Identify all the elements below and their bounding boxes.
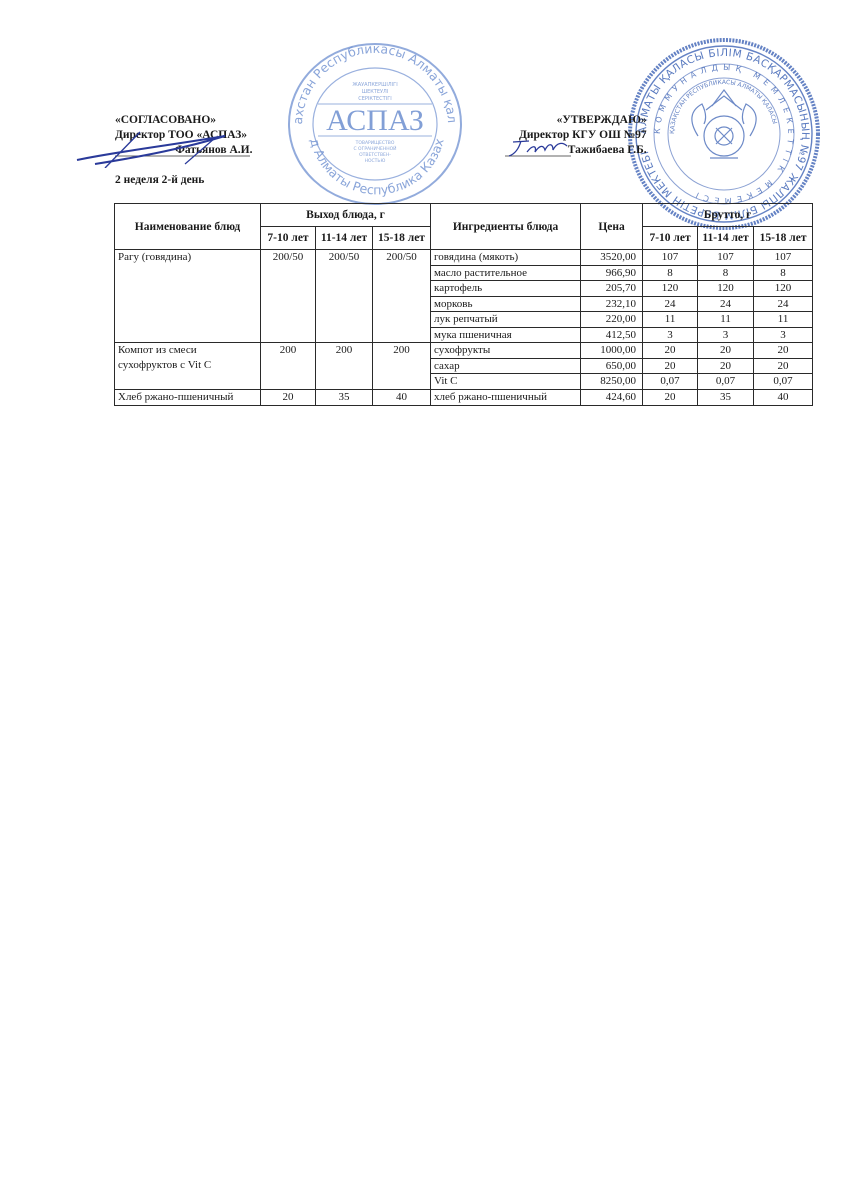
ingredient-price-cell: 424,60: [581, 389, 643, 405]
brutto-11-14-cell: 20: [698, 358, 754, 374]
right-approval-title: «УТВЕРЖДАЮ»: [519, 113, 647, 128]
brutto-15-18-cell: 24: [754, 296, 813, 312]
left-approval-signatory: Фатьянов А.И.: [115, 143, 252, 158]
brutto-11-14-cell: 20: [698, 343, 754, 359]
right-approval-name: Тажибаева Г.Б.: [568, 144, 647, 156]
header-yield-7-10: 7-10 лет: [261, 227, 316, 250]
yield-15-18-cell: 40: [373, 389, 431, 405]
ingredient-name-cell: говядина (мякоть): [431, 250, 581, 266]
brutto-11-14-cell: 107: [698, 250, 754, 266]
dish-name-cell: Рагу (говядина): [115, 250, 261, 343]
dish-name-cell: Компот из смеси сухофруктов с Vit C: [115, 343, 261, 390]
header-yield-11-14: 11-14 лет: [316, 227, 373, 250]
brutto-11-14-cell: 24: [698, 296, 754, 312]
brutto-7-10-cell: 120: [643, 281, 698, 297]
yield-11-14-cell: 200/50: [316, 250, 373, 343]
header-brutto-11-14: 11-14 лет: [698, 227, 754, 250]
svg-text:СЕРІКТЕСТІГІ: СЕРІКТЕСТІГІ: [358, 96, 391, 102]
svg-text:НОСТЬЮ: НОСТЬЮ: [365, 158, 386, 164]
ingredient-name-cell: сахар: [431, 358, 581, 374]
ingredient-price-cell: 966,90: [581, 265, 643, 281]
right-approval-signatory: Тажибаева Г.Б.: [519, 143, 647, 158]
ingredient-price-cell: 1000,00: [581, 343, 643, 359]
header-yield-15-18: 15-18 лет: [373, 227, 431, 250]
yield-15-18-cell: 200: [373, 343, 431, 390]
svg-text:ТОВАРИЩЕСТВО: ТОВАРИЩЕСТВО: [355, 140, 395, 146]
aspaz-company-stamp: Казахстан Республикасы Алматы қаласы гор…: [280, 38, 470, 208]
dish-name-cell: Хлеб ржано-пшеничный: [115, 389, 261, 405]
header-price: Цена: [581, 204, 643, 250]
menu-table-body: Рагу (говядина)200/50200/50200/50говядин…: [115, 250, 813, 406]
brutto-7-10-cell: 107: [643, 250, 698, 266]
brutto-15-18-cell: 0,07: [754, 374, 813, 390]
header-brutto-7-10: 7-10 лет: [643, 227, 698, 250]
ingredient-price-cell: 412,50: [581, 327, 643, 343]
brutto-11-14-cell: 35: [698, 389, 754, 405]
brutto-15-18-cell: 20: [754, 358, 813, 374]
left-approval-title: «СОГЛАСОВАНО»: [115, 113, 252, 128]
brutto-7-10-cell: 11: [643, 312, 698, 328]
ingredient-name-cell: Vit C: [431, 374, 581, 390]
brutto-15-18-cell: 20: [754, 343, 813, 359]
brutto-7-10-cell: 20: [643, 343, 698, 359]
brutto-7-10-cell: 3: [643, 327, 698, 343]
yield-15-18-cell: 200/50: [373, 250, 431, 343]
brutto-7-10-cell: 8: [643, 265, 698, 281]
yield-7-10-cell: 20: [261, 389, 316, 405]
ingredient-name-cell: лук репчатый: [431, 312, 581, 328]
yield-11-14-cell: 35: [316, 389, 373, 405]
brutto-15-18-cell: 120: [754, 281, 813, 297]
brutto-15-18-cell: 40: [754, 389, 813, 405]
yield-11-14-cell: 200: [316, 343, 373, 390]
menu-table: Наименование блюд Выход блюда, г Ингреди…: [114, 203, 813, 406]
ingredient-name-cell: сухофрукты: [431, 343, 581, 359]
ingredient-price-cell: 3520,00: [581, 250, 643, 266]
ingredient-price-cell: 650,00: [581, 358, 643, 374]
brutto-11-14-cell: 11: [698, 312, 754, 328]
menu-day-label: 2 неделя 2-й день: [115, 174, 204, 186]
left-approval-block: «СОГЛАСОВАНО» Директор ТОО «АСПАЗ» Фатья…: [115, 113, 252, 158]
svg-text:АЛМАТЫ ҚАЛАСЫ БІЛІМ БАСҚАРМАСЫ: АЛМАТЫ ҚАЛАСЫ БІЛІМ БАСҚАРМАСЫНЫҢ №97 ЖА…: [637, 47, 811, 221]
svg-text:С ОГРАНИЧЕННОЙ: С ОГРАНИЧЕННОЙ: [353, 145, 396, 152]
brutto-7-10-cell: 0,07: [643, 374, 698, 390]
table-row: Хлеб ржано-пшеничный203540хлеб ржано-пше…: [115, 389, 813, 405]
ingredient-name-cell: мука пшеничная: [431, 327, 581, 343]
svg-text:ШЕКТЕУЛІ: ШЕКТЕУЛІ: [362, 89, 389, 95]
header-brutto-group: Брутто, г: [643, 204, 813, 227]
brutto-15-18-cell: 107: [754, 250, 813, 266]
svg-text:ЖАУАПКЕРШІЛІГІ: ЖАУАПКЕРШІЛІГІ: [352, 82, 397, 88]
brutto-15-18-cell: 3: [754, 327, 813, 343]
yield-7-10-cell: 200/50: [261, 250, 316, 343]
svg-text:ОТВЕТСТВЕН-: ОТВЕТСТВЕН-: [359, 152, 391, 158]
ingredient-name-cell: хлеб ржано-пшеничный: [431, 389, 581, 405]
ingredient-name-cell: морковь: [431, 296, 581, 312]
yield-7-10-cell: 200: [261, 343, 316, 390]
ingredient-name-cell: картофель: [431, 281, 581, 297]
svg-text:АСПАЗ: АСПАЗ: [326, 104, 424, 137]
left-approval-position: Директор ТОО «АСПАЗ»: [115, 128, 252, 143]
ingredient-price-cell: 220,00: [581, 312, 643, 328]
table-row: Рагу (говядина)200/50200/50200/50говядин…: [115, 250, 813, 266]
header-dish-name: Наименование блюд: [115, 204, 261, 250]
ingredient-price-cell: 8250,00: [581, 374, 643, 390]
brutto-7-10-cell: 20: [643, 358, 698, 374]
brutto-7-10-cell: 20: [643, 389, 698, 405]
svg-text:КОММУНАЛДЫҚ МЕМЛЕКЕТТІК МЕКЕМЕ: КОММУНАЛДЫҚ МЕМЛЕКЕТТІК МЕКЕМЕСІ: [653, 63, 795, 205]
table-row: Компот из смеси сухофруктов с Vit C20020…: [115, 343, 813, 359]
brutto-7-10-cell: 24: [643, 296, 698, 312]
header-ingredients: Ингредиенты блюда: [431, 204, 581, 250]
ingredient-name-cell: масло растительное: [431, 265, 581, 281]
right-approval-position: Директор КГУ ОШ №97: [519, 128, 647, 143]
brutto-11-14-cell: 8: [698, 265, 754, 281]
brutto-15-18-cell: 11: [754, 312, 813, 328]
ingredient-price-cell: 232,10: [581, 296, 643, 312]
left-approval-name: Фатьянов А.И.: [175, 144, 252, 156]
svg-text:город Алматы Республика Казахс: город Алматы Республика Казахстан: [280, 38, 447, 197]
svg-text:Казахстан Республикасы Алматы: Казахстан Республикасы Алматы қаласы: [280, 38, 460, 125]
svg-text:ҚАЗАҚСТАН РЕСПУБЛИКАСЫ АЛМАТЫ: ҚАЗАҚСТАН РЕСПУБЛИКАСЫ АЛМАТЫ ҚАЛАСЫ: [669, 79, 778, 134]
ingredient-price-cell: 205,70: [581, 281, 643, 297]
header-brutto-15-18: 15-18 лет: [754, 227, 813, 250]
header-yield-group: Выход блюда, г: [261, 204, 431, 227]
brutto-11-14-cell: 120: [698, 281, 754, 297]
brutto-11-14-cell: 3: [698, 327, 754, 343]
right-approval-block: «УТВЕРЖДАЮ» Директор КГУ ОШ №97 Тажибаев…: [519, 113, 647, 158]
brutto-15-18-cell: 8: [754, 265, 813, 281]
brutto-11-14-cell: 0,07: [698, 374, 754, 390]
